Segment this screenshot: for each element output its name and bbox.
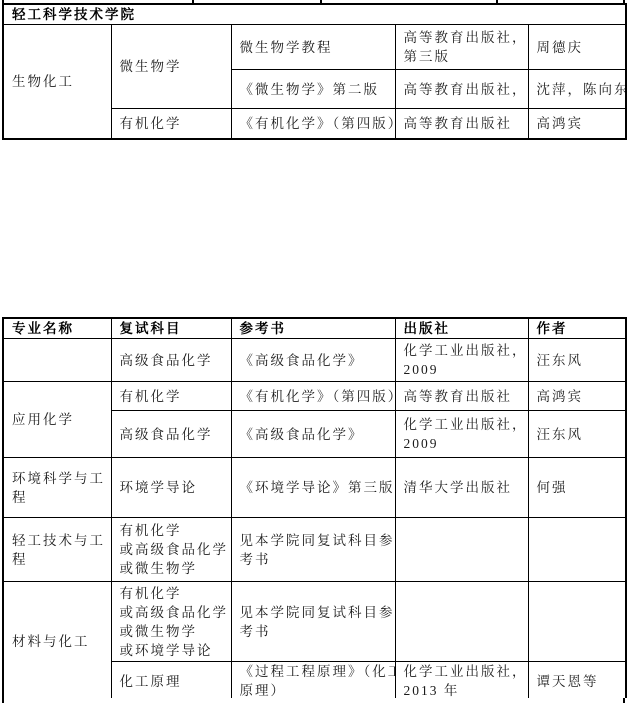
major-cell: 环境科学与工 程 (3, 458, 111, 518)
subject-cell: 有机化学 (111, 382, 231, 411)
major-cell: 轻工技术与工 程 (3, 518, 111, 582)
publisher-cell: 化学工业出版社， 2009 (395, 339, 528, 382)
table-row: 生物化工 微生物学 微生物学教程 高等教育出版社， 第三版 周德庆 (3, 25, 626, 70)
subject-cell: 有机化学 或高级食品化学 或微生物学 或环境学导论 (111, 582, 231, 662)
author-cell (528, 582, 626, 662)
author-cell: 何强 (528, 458, 626, 518)
book-cell: 《过程工程原理》（化工 原理） (231, 662, 395, 702)
book-cell: 见本学院同复试科目参 考书 (231, 518, 395, 582)
header-row: 专业名称 复试科目 参考书 出版社 作者 (3, 318, 626, 339)
table-row: 高级食品化学 《高级食品化学》 化学工业出版社， 2009 汪东风 (3, 339, 626, 382)
publisher-cell: 化学工业出版社， 2013 年 (395, 662, 528, 702)
book-cell: 《有机化学》（第四版） (231, 109, 395, 139)
book-cell: 《环境学导论》第三版 (231, 458, 395, 518)
author-cell: 周德庆 (528, 25, 626, 70)
col-header-major: 专业名称 (3, 318, 111, 339)
publisher-cell (395, 518, 528, 582)
publisher-cell (395, 582, 528, 662)
publisher-cell: 高等教育出版社， (395, 70, 528, 109)
subject-cell: 有机化学 或高级食品化学 或微生物学 (111, 518, 231, 582)
col-header-subject: 复试科目 (111, 318, 231, 339)
col-header-publisher: 出版社 (395, 318, 528, 339)
book-cell: 微生物学教程 (231, 25, 395, 70)
table-row: 应用化学 有机化学 《有机化学》（第四版） 高等教育出版社 高鸿宾 (3, 382, 626, 411)
author-cell: 高鸿宾 (528, 109, 626, 139)
subject-cell: 化工原理 (111, 662, 231, 702)
table-row: 轻工技术与工 程 有机化学 或高级食品化学 或微生物学 见本学院同复试科目参 考… (3, 518, 626, 582)
col-header-book: 参考书 (231, 318, 395, 339)
remnant-border-tick (623, 698, 625, 703)
publisher-cell: 高等教育出版社 (395, 109, 528, 139)
publisher-cell: 清华大学出版社 (395, 458, 528, 518)
publisher-cell: 高等教育出版社 (395, 382, 528, 411)
author-cell: 谭天恩等 (528, 662, 626, 702)
subject-cell: 有机化学 (111, 109, 231, 139)
col-header-author: 作者 (528, 318, 626, 339)
subject-cell: 高级食品化学 (111, 411, 231, 458)
major-cell: 材料与化工 (3, 582, 111, 702)
college-header: 轻工科学技术学院 (3, 4, 626, 25)
subject-cell: 高级食品化学 (111, 339, 231, 382)
book-cell: 《高级食品化学》 (231, 339, 395, 382)
majors-reference-table: 专业名称 复试科目 参考书 出版社 作者 高级食品化学 《高级食品化学》 化学工… (2, 317, 627, 702)
author-cell: 沈萍，陈向东 (528, 70, 626, 109)
subject-cell: 环境学导论 (111, 458, 231, 518)
college-header-row: 轻工科学技术学院 (3, 4, 626, 25)
remnant-border-tick (2, 698, 4, 703)
author-cell: 高鸿宾 (528, 382, 626, 411)
publisher-cell: 高等教育出版社， 第三版 (395, 25, 528, 70)
book-cell: 见本学院同复试科目参 考书 (231, 582, 395, 662)
college-reference-table: 轻工科学技术学院 生物化工 微生物学 微生物学教程 高等教育出版社， 第三版 周… (2, 3, 627, 140)
book-cell: 《有机化学》（第四版） (231, 382, 395, 411)
major-cell (3, 339, 111, 382)
publisher-cell: 化学工业出版社， 2009 (395, 411, 528, 458)
author-cell (528, 518, 626, 582)
book-cell: 《微生物学》第二版 (231, 70, 395, 109)
author-cell: 汪东风 (528, 411, 626, 458)
table-row: 环境科学与工 程 环境学导论 《环境学导论》第三版 清华大学出版社 何强 (3, 458, 626, 518)
table-edge-remnant-bottom (0, 698, 627, 703)
subject-cell: 微生物学 (111, 25, 231, 109)
major-cell: 生物化工 (3, 25, 111, 139)
major-cell: 应用化学 (3, 382, 111, 458)
book-cell: 《高级食品化学》 (231, 411, 395, 458)
author-cell: 汪东风 (528, 339, 626, 382)
document-page: { "page": { "background": "#ffffff", "bo… (0, 0, 627, 703)
table-row: 材料与化工 有机化学 或高级食品化学 或微生物学 或环境学导论 见本学院同复试科… (3, 582, 626, 662)
